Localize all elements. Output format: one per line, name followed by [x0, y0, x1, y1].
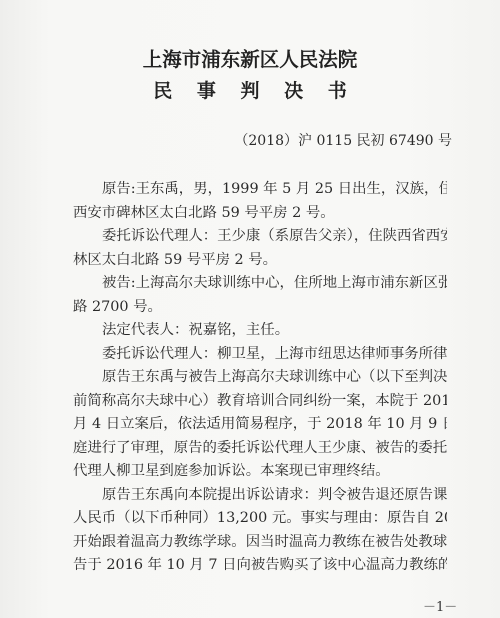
- body-line: 法定代表人：祝嘉铭，主任。: [73, 319, 447, 343]
- document-type-title: 民 事 判 决 书: [0, 76, 500, 103]
- case-number: （2018）沪 0115 民初 67490 号: [234, 130, 452, 150]
- judgment-body: 原告:王东禹，男，1999 年 5 月 25 日出生，汉族，住陕西省 西安市碑林…: [73, 178, 447, 578]
- body-line: 开始跟着温高力教练学球。因当时温高力教练在被告处教球，原: [73, 531, 447, 555]
- body-line: 庭进行了审理，原告的委托诉讼代理人王少康、被告的委托诉讼: [73, 437, 447, 461]
- body-line: 人民币（以下币种同）13,200 元。事实与理由：原告自 2006 年: [73, 507, 447, 531]
- body-line: 林区太白北路 59 号平房 2 号。: [73, 249, 447, 273]
- court-name: 上海市浦东新区人民法院: [0, 44, 500, 72]
- body-line: 代理人柳卫星到庭参加诉讼。本案现已审理终结。: [73, 460, 447, 484]
- body-line: 西安市碑林区太白北路 59 号平房 2 号。: [73, 202, 447, 226]
- body-line: 告于 2016 年 10 月 7 日向被告购买了该中心温高力教练的高尔夫: [73, 554, 447, 578]
- body-line: 路 2700 号。: [73, 296, 447, 320]
- body-line: 委托诉讼代理人：王少康（系原告父亲），住陕西省西安市碑: [73, 225, 447, 249]
- body-line: 被告:上海高尔夫球训练中心，住所地上海市浦东新区张杨北: [73, 272, 447, 296]
- body-line: 前简称高尔夫球中心）教育培训合同纠纷一案，本院于 2018 年 9: [73, 390, 447, 414]
- body-line: 原告王东禹向本院提出诉讼请求：判令被告退还原告课时费: [73, 484, 447, 508]
- document-page: 上海市浦东新区人民法院 民 事 判 决 书 （2018）沪 0115 民初 67…: [0, 0, 500, 618]
- body-line: 原告:王东禹，男，1999 年 5 月 25 日出生，汉族，住陕西省: [73, 178, 447, 202]
- body-line: 委托诉讼代理人：柳卫星，上海市纽思达律师事务所律师。: [73, 343, 447, 367]
- body-line: 原告王东禹与被告上海高尔夫球训练中心（以下至判决主文: [73, 366, 447, 390]
- page-number: －1－: [423, 596, 457, 615]
- body-line: 月 4 日立案后，依法适用简易程序，于 2018 年 10 月 9 日公开开: [73, 413, 447, 437]
